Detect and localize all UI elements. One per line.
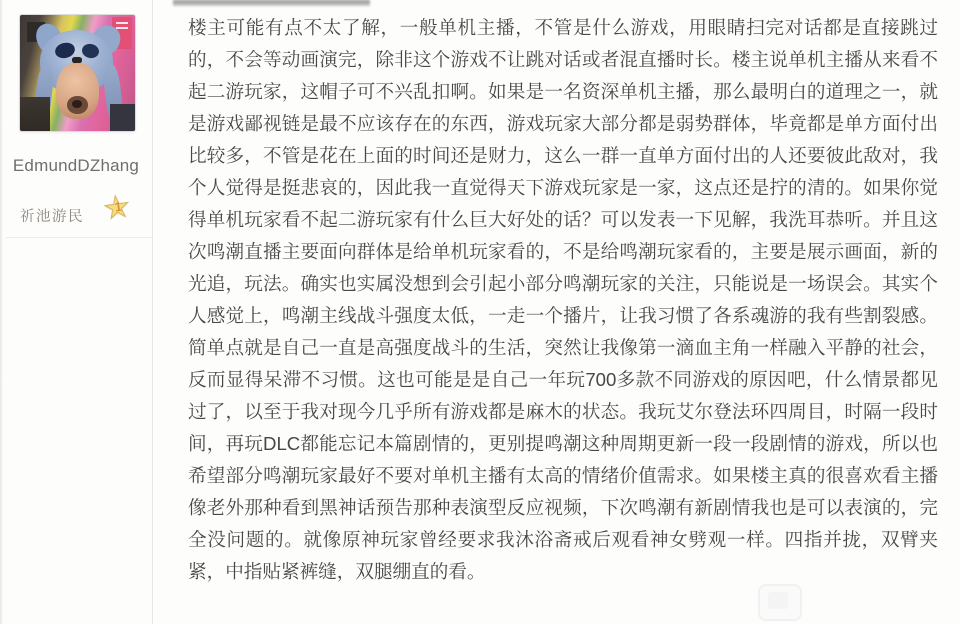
comment-text-line: 是游戏鄙视链是最不应该存在的东西，游戏玩家大部分都是弱势群体，毕竟都是单方面付出 bbox=[188, 108, 938, 140]
avatar-art-layer bbox=[20, 97, 50, 131]
comment-text-line: 过了，以至于我对现今几乎所有游戏都是麻木的状态。我玩艾尔登法环四周目，时隔一段时 bbox=[188, 396, 938, 428]
comment-text-line: 反而显得呆滞不习惯。这也可能是是自己一年玩700多款不同游戏的原因吧，什么情景都… bbox=[188, 364, 938, 396]
comment-text-line: 希望部分鸣潮玩家最好不要对单机主播有太高的情绪价值需求。如果楼主真的很喜欢看主播 bbox=[188, 460, 938, 492]
comment-text-line: 次鸣潮直播主要面向群体是给单机玩家看的，不是给鸣潮玩家看的，主要是展示画面，新的 bbox=[188, 236, 938, 268]
comment-text-line: 个人觉得是挺悲哀的，因此我一直觉得天下游戏玩家是一家，这点还是拧的清的。如果你觉 bbox=[188, 172, 938, 204]
comment-text-line: 紧，中指贴紧裤缝，双腿绷直的看。 bbox=[188, 556, 938, 588]
comment-text-line: 像老外那种看到黑神话预告那种表演型反应视频，下次鸣潮有新剧情我也是可以表演的，完 bbox=[188, 492, 938, 524]
comment-text-line: 得单机玩家看不起二游玩家有什么巨大好处的话？可以发表一下见解，我洗耳恭听。并且这 bbox=[188, 204, 938, 236]
watermark bbox=[758, 584, 802, 621]
avatar-art-layer bbox=[110, 104, 135, 131]
comment-body: 楼主可能有点不太了解，一般单机主播，不管是什么游戏，用眼睛扫完对话都是直接跳过的… bbox=[188, 12, 938, 588]
username[interactable]: EdmundDZhang bbox=[0, 156, 152, 176]
comment-text-line: 楼主可能有点不太了解，一般单机主播，不管是什么游戏，用眼睛扫完对话都是直接跳过 bbox=[188, 12, 938, 44]
comment-text-line: 人感觉上，鸣潮主线战斗强度太低，一走一个播片，让我习惯了各系魂游的我有些割裂感。 bbox=[188, 300, 938, 332]
comment-text-line: 的，不会等动画演完，除非这个游戏不让跳对话或者混直播时长。楼主说单机主播从来看不 bbox=[188, 44, 938, 76]
comment-text-line: 光追，玩法。确实也实属没想到会引起小部分鸣潮玩家的关注，只能说是一场误会。其实个 bbox=[188, 268, 938, 300]
level-star-badge: ★ 1 bbox=[102, 194, 138, 230]
user-badge-row: 祈池游民 ★ 1 bbox=[0, 196, 152, 230]
comment-text-line: 全没问题的。就像原神玩家曾经要求我沐浴斋戒后观看神女劈观一样。四指并拢，双臂夹 bbox=[188, 524, 938, 556]
badge-title: 祈池游民 bbox=[20, 205, 84, 226]
avatar[interactable] bbox=[19, 14, 136, 132]
forum-comment-screenshot: EdmundDZhang 祈池游民 ★ 1 楼主可能有点不太了解，一般单机主播，… bbox=[0, 0, 960, 624]
comment-text-line: 起二游玩家，这帽子可不兴乱扣啊。如果是一名资深单机主播，那么最明白的道理之一，就 bbox=[188, 76, 938, 108]
comment-text-line: 简单点就是自己一直是高强度战斗的生活，突然让我像第一滴血主角一样融入平静的社会， bbox=[188, 332, 938, 364]
comment-text-line: 比较多，不管是花在上面的时间还是财力，这么一群一直单方面付出的人还要彼此敌对，我 bbox=[188, 140, 938, 172]
commenter-sidebar: EdmundDZhang 祈池游民 ★ 1 bbox=[0, 0, 152, 624]
cropped-element-edge bbox=[173, 0, 370, 6]
avatar-art-layer bbox=[72, 100, 82, 108]
comment-text-line: 间，再玩DLC都能忘记本篇剧情的，更别提鸣潮这种周期更新一段一段剧情的游戏，所以… bbox=[188, 428, 938, 460]
sidebar-divider bbox=[6, 237, 152, 238]
column-divider bbox=[152, 0, 153, 624]
